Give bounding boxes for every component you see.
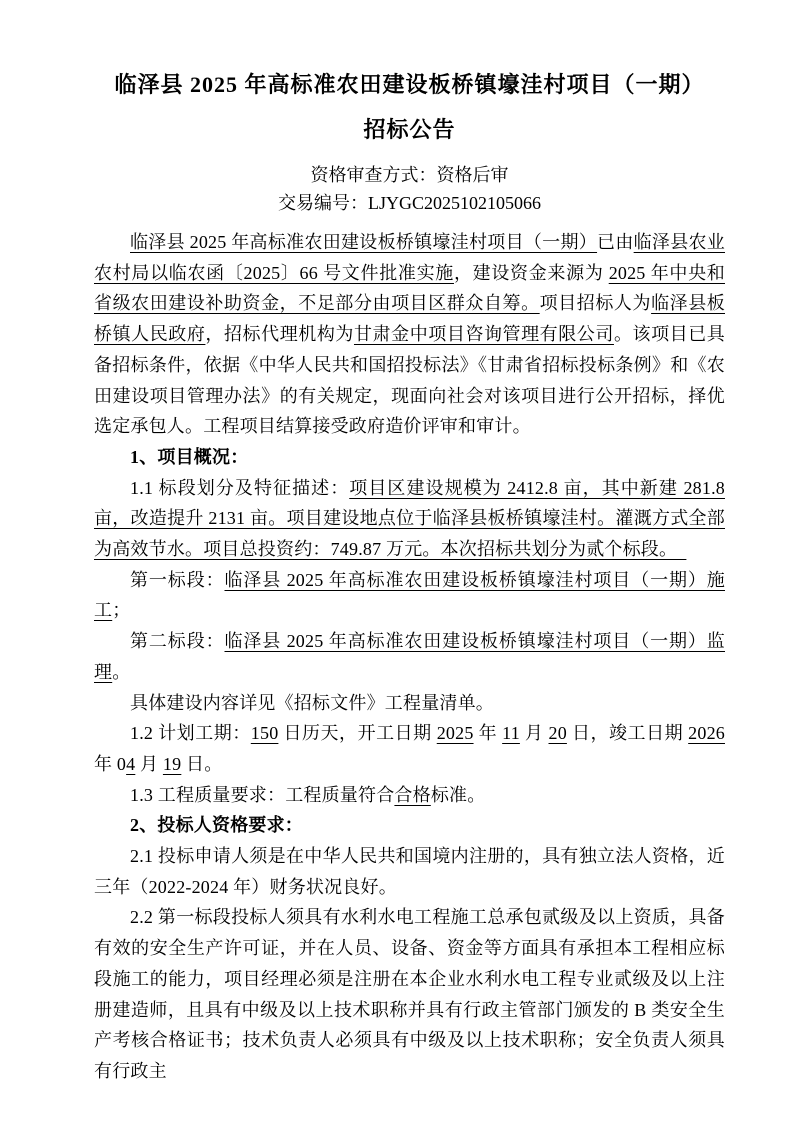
text-segment: 项目招标人为 [540,293,651,313]
text-segment: 合格 [394,785,430,805]
title-line-2: 招标公告 [94,107,725,152]
paragraphs: 临泽县 2025 年高标准农田建设板桥镇壕洼村项目（一期）已由临泽县农业农村局以… [94,227,725,1087]
paragraph: 1.1 标段划分及特征描述：项目区建设规模为 2412.8 亩，其中新建 281… [94,473,725,565]
paragraph: 具体建设内容详见《招标文件》工程量清单。 [94,688,725,719]
text-segment: 具体建设内容详见《招标文件》工程量清单。 [130,693,494,713]
text-segment: 2026 [688,723,725,743]
text-segment: 月 [520,723,549,743]
qualification-review-line: 资格审查方式：资格后审 [94,161,725,189]
paragraph: 临泽县 2025 年高标准农田建设板桥镇壕洼村项目（一期）已由临泽县农业农村局以… [94,227,725,442]
text-segment: 已由 [597,232,634,252]
text-segment: 年 [474,723,503,743]
text-segment: ； [112,600,130,620]
text-segment: 甘肃金中项目咨询管理有限公司 [354,324,614,344]
document-title: 临泽县 2025 年高标准农田建设板桥镇壕洼村项目（一期） 招标公告 [94,62,725,152]
text-segment: 2025 [437,723,474,743]
text-segment: 。 [112,662,130,682]
paragraph: 2.2 第一标段投标人须具有水利水电工程施工总承包贰级及以上资质，具备有效的安全… [94,902,725,1086]
text-segment: 第二标段： [130,631,225,651]
text-segment: 标准。 [431,785,486,805]
text-segment: 日历天，开工日期 [278,723,436,743]
meta-block: 资格审查方式：资格后审 交易编号：LJYGC2025102105066 [94,161,725,217]
transaction-number-line: 交易编号：LJYGC2025102105066 [94,189,725,217]
document-page: 临泽县 2025 年高标准农田建设板桥镇壕洼村项目（一期） 招标公告 资格审查方… [0,0,793,1122]
text-segment: 第一标段： [130,570,225,590]
paragraph: 第一标段：临泽县 2025 年高标准农田建设板桥镇壕洼村项目（一期）施工； [94,565,725,626]
text-segment: 1.2 计划工期： [130,723,251,743]
paragraph: 1.2 计划工期：150 日历天，开工日期 2025 年 11 月 20 日，竣… [94,718,725,779]
text-segment: 11 [502,723,520,743]
text-segment: ，建设资金来源为 [454,263,609,283]
paragraph: 2.1 投标申请人须是在中华人民共和国境内注册的，具有独立法人资格，近三年（20… [94,841,725,902]
text-segment: 20 [549,723,567,743]
text-segment: 1.3 工程质量要求：工程质量符合 [130,785,394,805]
text-segment: 1、项目概况： [130,447,248,467]
text-segment: 临泽县 2025 年高标准农田建设板桥镇壕洼村项目（一期） [130,232,597,252]
text-segment: 日。 [181,754,222,774]
paragraph: 第二标段：临泽县 2025 年高标准农田建设板桥镇壕洼村项目（一期）监理。 [94,626,725,687]
text-segment: 2.2 第一标段投标人须具有水利水电工程施工总承包贰级及以上资质，具备有效的安全… [94,907,725,1081]
section-heading: 1、项目概况： [94,442,725,473]
title-line-1: 临泽县 2025 年高标准农田建设板桥镇壕洼村项目（一期） [94,62,725,107]
paragraph: 1.3 工程质量要求：工程质量符合合格标准。 [94,780,725,811]
text-segment: 月 [135,754,163,774]
text-segment: 日，竣工日期 [567,723,688,743]
text-segment: 1.1 标段划分及特征描述： [130,478,349,498]
text-segment: 2、投标人资格要求： [130,815,303,835]
section-heading: 2、投标人资格要求： [94,810,725,841]
text-segment: 19 [163,754,181,774]
text-segment: 150 [251,723,279,743]
text-segment: 4 [126,754,135,774]
text-segment: 年 0 [94,754,126,774]
text-segment: 2.1 投标申请人须是在中华人民共和国境内注册的，具有独立法人资格，近三年（20… [94,846,725,897]
text-segment: ，招标代理机构为 [205,324,354,344]
